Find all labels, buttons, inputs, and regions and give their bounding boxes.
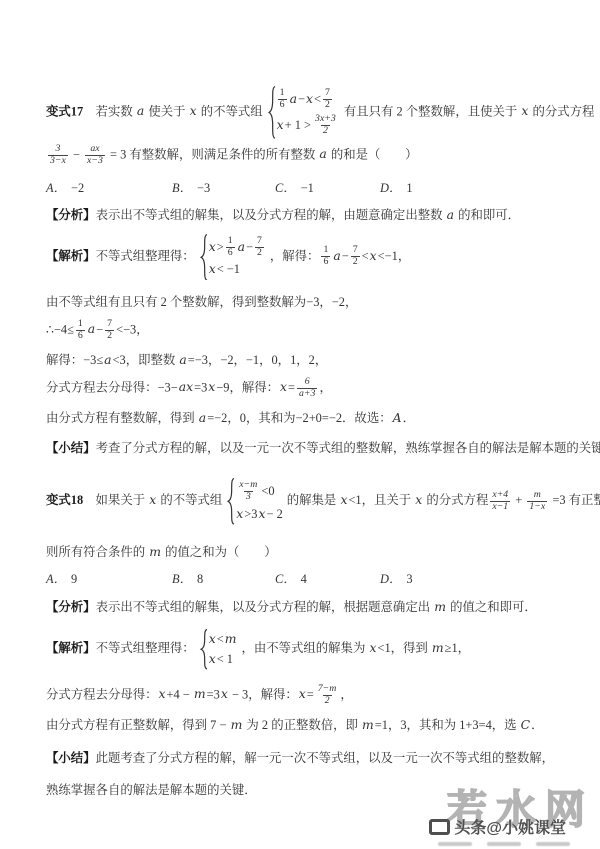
problem17-solution-line5: 分式方程去分母得：−3−ax=3x−9，解得：x=6a+3， xyxy=(46,377,560,400)
math-variable: a xyxy=(237,239,246,256)
text-run: > xyxy=(217,239,224,256)
math-variable: a xyxy=(103,352,112,367)
text-run: < 1 xyxy=(217,651,233,668)
text-run: ， xyxy=(319,380,331,394)
fraction-denominator: x−3 xyxy=(85,155,105,167)
text-run: <3，即整数 xyxy=(113,353,179,367)
text-run: + 1 > xyxy=(285,117,311,134)
option-a: A．−2 xyxy=(46,178,172,196)
text-run: ，解得： xyxy=(270,249,320,263)
inequality-system: 16a − x < 72x + 1 > 3x+32 xyxy=(267,88,340,137)
math-variable: x xyxy=(189,103,198,118)
text-run: <1，得到 xyxy=(377,641,430,655)
fraction-numerator: 1 xyxy=(226,236,235,247)
fraction-denominator: x−1 xyxy=(490,501,510,513)
section-label: 【小结】 xyxy=(46,441,96,455)
option-letter: B． xyxy=(172,572,192,586)
math-variable: a xyxy=(446,207,455,222)
option-value: −3 xyxy=(197,181,210,195)
text-run: 分式方程去分母得： xyxy=(46,687,158,701)
option-value: −2 xyxy=(71,181,84,195)
inequality-system: x−m3 <0x >3x − 2 xyxy=(226,480,282,523)
fraction-denominator: 2 xyxy=(255,247,264,259)
text-run: < xyxy=(314,91,321,108)
system-row: x−m3 <0 xyxy=(235,480,282,503)
math-variable: m xyxy=(433,599,447,614)
fraction-numerator: m xyxy=(532,490,543,501)
text-run: 则所有符合条件的 xyxy=(46,545,148,559)
text-run: 的值之和即可． xyxy=(447,600,537,614)
math-variable: a xyxy=(318,146,327,161)
math-variable: x xyxy=(298,686,307,701)
fraction-denominator: 2 xyxy=(323,695,332,707)
system-row: x < −1 xyxy=(208,261,266,278)
problem18-solution-line2: 分式方程去分母得：x+4 − m=3x − 3，解得：x=7−m2， xyxy=(46,684,560,707)
problem18-analysis: 【分析】表示出不等式组的解集，以及分式方程的解，根据题意确定出 m 的值之和即可… xyxy=(46,599,560,616)
text-run: 有且只有 2 个整数解，且使关于 xyxy=(344,104,521,118)
document-page: 变式17 若实数 a 使关于 x 的不等式组16a − x < 72x + 1 … xyxy=(0,0,600,849)
fraction: 16 xyxy=(76,319,85,342)
math-variable: x xyxy=(414,492,423,507)
text-run: 分式方程去分母得：−3− xyxy=(46,380,178,394)
fraction: 6a+3 xyxy=(297,377,317,400)
option-letter: A． xyxy=(46,572,66,586)
math-variable: x xyxy=(208,631,217,648)
math-variable: a xyxy=(87,321,96,336)
section-label: 变式17 xyxy=(46,104,83,118)
text-run: 的解集是 xyxy=(287,493,340,507)
text-run: =−3，−2，−1，0，1，2， xyxy=(188,353,327,367)
text-run: < xyxy=(217,631,224,648)
math-variable: a xyxy=(136,103,145,118)
text-run: 为 2 的正整数倍，即 xyxy=(243,718,361,732)
text-run: − xyxy=(298,91,305,108)
option-c: C．−1 xyxy=(275,178,380,196)
text-run: − 2 xyxy=(266,506,282,523)
option-b: B．8 xyxy=(172,569,275,587)
problem17-solution-line1: 【解析】不等式组整理得：x > 16a − 72x < −1，解得：16a−72… xyxy=(46,236,560,279)
left-brace-icon xyxy=(199,234,208,281)
text-run: 的分式方程 xyxy=(529,104,594,118)
text-run: 考查了分式方程的解，以及一元一次不等式组的整数解，熟练掌握各自的解法是解本题的关… xyxy=(96,441,600,455)
fraction-denominator: 3 xyxy=(244,491,253,503)
text-run: =−2，0，其和为−2+0=−2．故选： xyxy=(207,411,391,425)
fraction-denominator: 2 xyxy=(323,99,332,111)
problem17-solution-line4: 解得：−3≤a<3，即整数 a=−3，−2，−1，0，1，2， xyxy=(46,352,560,369)
text-run: = xyxy=(288,380,295,394)
option-letter: C． xyxy=(275,572,296,586)
watermark-fine-print xyxy=(438,842,570,846)
toutiao-logo-icon xyxy=(429,819,450,835)
system-rows: x < mx < 1 xyxy=(208,631,238,667)
fraction: 72 xyxy=(255,236,264,259)
option-value: −1 xyxy=(301,181,314,195)
math-variable: A xyxy=(392,410,403,425)
text-run: =3 xyxy=(207,687,220,701)
text-run: − 3，解得： xyxy=(229,687,298,701)
text-run: ≥1， xyxy=(445,641,470,655)
text-run: 的不等式组 xyxy=(198,104,263,118)
text-run: = xyxy=(307,687,314,701)
problem17-stem-line2: 33−x − axx−3 = 3 有整数解，则满足条件的所有整数 a 的和是（ … xyxy=(46,144,560,167)
text-run: 表示出不等式组的解集，以及分式方程的解，由题意确定出整数 xyxy=(96,208,446,222)
fine-print-blur xyxy=(487,842,521,846)
math-variable: x xyxy=(208,261,217,278)
math-variable: x xyxy=(257,506,266,523)
worksheet-content: 变式17 若实数 a 使关于 x 的不等式组16a − x < 72x + 1 … xyxy=(0,0,600,806)
fraction-numerator: 6 xyxy=(303,377,312,388)
text-run: −9，解得： xyxy=(216,380,279,394)
fraction-numerator: 7 xyxy=(323,88,332,99)
system-rows: x−m3 <0x >3x − 2 xyxy=(235,480,282,523)
problem17-options: A．−2 B．−3 C．−1 D．1 xyxy=(46,178,560,196)
option-value: 4 xyxy=(301,572,307,586)
fraction: 72 xyxy=(351,245,360,268)
section-label: 【解析】 xyxy=(46,641,96,655)
left-brace-icon xyxy=(267,86,276,139)
section-label: 变式18 xyxy=(46,493,83,507)
text-run: < −1 xyxy=(217,261,240,278)
option-c: C．4 xyxy=(275,569,380,587)
fraction-denominator: 6 xyxy=(278,99,287,111)
fraction-numerator: 3x+3 xyxy=(313,114,338,125)
problem18-stem-line2: 则所有符合条件的 m 的值之和为（ ） xyxy=(46,544,560,561)
text-run: =3 xyxy=(194,380,207,394)
option-letter: D． xyxy=(380,181,401,195)
math-variable: x xyxy=(220,686,229,701)
fraction: 16 xyxy=(321,245,330,268)
text-run: 表示出不等式组的解集，以及分式方程的解，根据题意确定出 xyxy=(96,600,434,614)
math-variable: m xyxy=(148,544,162,559)
math-variable: a xyxy=(332,248,341,263)
text-run: − xyxy=(342,249,349,263)
text-run: 如果关于 xyxy=(83,493,148,507)
math-variable: x xyxy=(207,379,216,394)
problem17-solution-line6: 由分式方程有整数解，得到 a=−2，0，其和为−2+0=−2．故选：A． xyxy=(46,410,560,427)
option-letter: D． xyxy=(380,572,401,586)
text-run: =1，3，其和为 1+3=4，选 xyxy=(375,718,520,732)
fraction: 7−m2 xyxy=(316,684,339,707)
text-run: <−1， xyxy=(378,249,411,263)
problem17-stem-line1: 变式17 若实数 a 使关于 x 的不等式组16a − x < 72x + 1 … xyxy=(46,88,560,137)
system-row: x < m xyxy=(208,631,238,648)
problem17-solution-line2: 由不等式组有且只有 2 个整数解，得到整数解为−3，−2， xyxy=(46,294,560,311)
option-letter: A． xyxy=(46,181,66,195)
text-run: >3 xyxy=(244,506,257,523)
section-label: 【小结】 xyxy=(46,751,96,765)
text-run: <−3， xyxy=(116,322,149,336)
system-row: x > 16a − 72 xyxy=(208,236,266,259)
fraction-denominator: 6 xyxy=(321,256,330,268)
option-b: B．−3 xyxy=(172,178,275,196)
fraction: 72 xyxy=(105,319,114,342)
text-run: 由分式方程有正整数解，得到 7 − xyxy=(46,718,230,732)
math-variable: m xyxy=(193,686,207,701)
fraction: x−m3 xyxy=(237,480,259,503)
fraction-numerator: x+4 xyxy=(490,490,510,501)
math-variable: ax xyxy=(178,379,194,394)
math-variable: x xyxy=(369,248,378,263)
section-label: 【分析】 xyxy=(46,208,96,222)
problem18-stem-line1: 变式18 如果关于 x 的不等式组x−m3 <0x >3x − 2的解集是 x<… xyxy=(46,480,560,523)
math-variable: x xyxy=(305,91,314,108)
fraction-numerator: ax xyxy=(88,144,101,155)
option-value: 9 xyxy=(71,572,77,586)
fraction-denominator: 3−x xyxy=(48,155,68,167)
fraction-numerator: 7 xyxy=(255,236,264,247)
fine-print-blur xyxy=(536,842,570,846)
section-label: 【解析】 xyxy=(46,249,96,263)
option-letter: C． xyxy=(275,181,296,195)
system-row: x < 1 xyxy=(208,651,238,668)
fraction-denominator: 6 xyxy=(76,330,85,342)
fraction-denominator: 6 xyxy=(226,247,235,259)
math-variable: x xyxy=(158,686,167,701)
math-variable: x xyxy=(208,651,217,668)
math-variable: a xyxy=(178,352,187,367)
left-brace-icon xyxy=(199,629,208,669)
left-brace-icon xyxy=(226,478,235,525)
text-run: <0 xyxy=(261,483,274,500)
fraction-numerator: 7−m xyxy=(316,684,339,695)
text-run: 的不等式组 xyxy=(157,493,222,507)
watermark-channel-text: 头条@小姚课堂 xyxy=(454,815,566,838)
fraction: 33−x xyxy=(48,144,68,167)
problem17-summary: 【小结】考查了分式方程的解，以及一元一次不等式组的整数解，熟练掌握各自的解法是解… xyxy=(46,440,560,457)
text-run: ，由不等式组的解集为 xyxy=(241,641,368,655)
text-run: + xyxy=(512,493,525,507)
text-run: =3 有正整数解， xyxy=(549,493,600,507)
problem18-solution-line3: 由分式方程有正整数解，得到 7 − m 为 2 的正整数倍，即 m=1，3，其和… xyxy=(46,717,560,734)
fraction-numerator: 1 xyxy=(278,88,287,99)
text-run: 的和是（ ） xyxy=(328,147,418,161)
text-run: − xyxy=(70,147,83,161)
fraction-denominator: 2 xyxy=(105,330,114,342)
fraction-denominator: 2 xyxy=(351,256,360,268)
text-run: 由分式方程有整数解，得到 xyxy=(46,411,198,425)
text-run: 不等式组整理得： xyxy=(96,249,195,263)
text-run: ∴−4≤ xyxy=(46,322,74,336)
text-run: 的分式方程 xyxy=(423,493,488,507)
math-variable: x xyxy=(235,506,244,523)
fraction-numerator: 1 xyxy=(321,245,330,256)
text-run: +4 − xyxy=(167,687,193,701)
text-run: 若实数 xyxy=(83,104,136,118)
watermark-channel: 头条@小姚课堂 xyxy=(429,815,566,838)
problem17-solution-line3: ∴−4≤16a−72<−3， xyxy=(46,319,560,342)
fraction: m1−x xyxy=(527,490,547,513)
text-run: 不等式组整理得： xyxy=(96,641,195,655)
fraction-denominator: 1−x xyxy=(527,501,547,513)
system-row: x + 1 > 3x+32 xyxy=(276,114,340,137)
fraction-numerator: 3 xyxy=(53,144,62,155)
text-run: 由不等式组有且只有 2 个整数解，得到整数解为−3，−2， xyxy=(46,295,357,309)
fraction: axx−3 xyxy=(85,144,105,167)
text-run: − xyxy=(246,239,253,256)
text-run: <1，且关于 xyxy=(348,493,414,507)
problem17-analysis: 【分析】表示出不等式组的解集，以及分式方程的解，由题意确定出整数 a 的和即可． xyxy=(46,207,560,224)
system-row: x >3x − 2 xyxy=(235,506,282,523)
text-run: ， xyxy=(340,687,352,701)
text-run: − xyxy=(96,322,103,336)
math-variable: C xyxy=(520,717,531,732)
text-run: 解得：−3≤ xyxy=(46,353,103,367)
option-value: 8 xyxy=(197,572,203,586)
fraction: x+4x−1 xyxy=(490,490,510,513)
text-run: = 3 有整数解，则满足条件的所有整数 xyxy=(107,147,318,161)
fraction-numerator: x−m xyxy=(237,480,259,491)
text-run: ． xyxy=(403,411,415,425)
fraction-numerator: 1 xyxy=(76,319,85,330)
text-run: 的值之和为（ ） xyxy=(162,545,277,559)
option-value: 3 xyxy=(406,572,412,586)
option-a: A．9 xyxy=(46,569,172,587)
math-variable: a xyxy=(289,91,298,108)
text-run: 的和即可． xyxy=(455,208,520,222)
fraction: 72 xyxy=(323,88,332,111)
math-variable: x xyxy=(276,117,285,134)
problem18-solution-line1: 【解析】不等式组整理得：x < mx < 1，由不等式组的解集为 x<1，得到 … xyxy=(46,631,560,667)
fine-print-blur xyxy=(438,842,472,846)
math-variable: x xyxy=(148,492,157,507)
math-variable: m xyxy=(431,640,445,655)
math-variable: x xyxy=(279,379,288,394)
inequality-system: x < mx < 1 xyxy=(199,631,238,667)
system-rows: 16a − x < 72x + 1 > 3x+32 xyxy=(276,88,340,137)
fraction: 16 xyxy=(226,236,235,259)
text-run: < xyxy=(362,249,369,263)
math-variable: x xyxy=(208,239,217,256)
math-variable: m xyxy=(361,717,375,732)
text-run: ． xyxy=(531,718,543,732)
option-letter: B． xyxy=(172,181,192,195)
math-variable: a xyxy=(198,410,207,425)
fraction-denominator: a+3 xyxy=(297,388,317,400)
system-rows: x > 16a − 72x < −1 xyxy=(208,236,266,279)
fraction: 3x+32 xyxy=(313,114,338,137)
text-run: 使关于 xyxy=(145,104,188,118)
fraction-numerator: 7 xyxy=(351,245,360,256)
fraction-numerator: 7 xyxy=(105,319,114,330)
fraction: 16 xyxy=(278,88,287,111)
watermark: 若水网 头条@小姚课堂 xyxy=(386,785,596,847)
fraction-denominator: 2 xyxy=(321,125,330,137)
option-d: D．1 xyxy=(380,178,560,196)
option-value: 1 xyxy=(406,181,412,195)
inequality-system: x > 16a − 72x < −1 xyxy=(199,236,266,279)
option-d: D．3 xyxy=(380,569,560,587)
math-variable: m xyxy=(224,631,238,648)
math-variable: m xyxy=(230,717,244,732)
system-row: 16a − x < 72 xyxy=(276,88,340,111)
problem18-options: A．9 B．8 C．4 D．3 xyxy=(46,569,560,587)
section-label: 【分析】 xyxy=(46,600,96,614)
